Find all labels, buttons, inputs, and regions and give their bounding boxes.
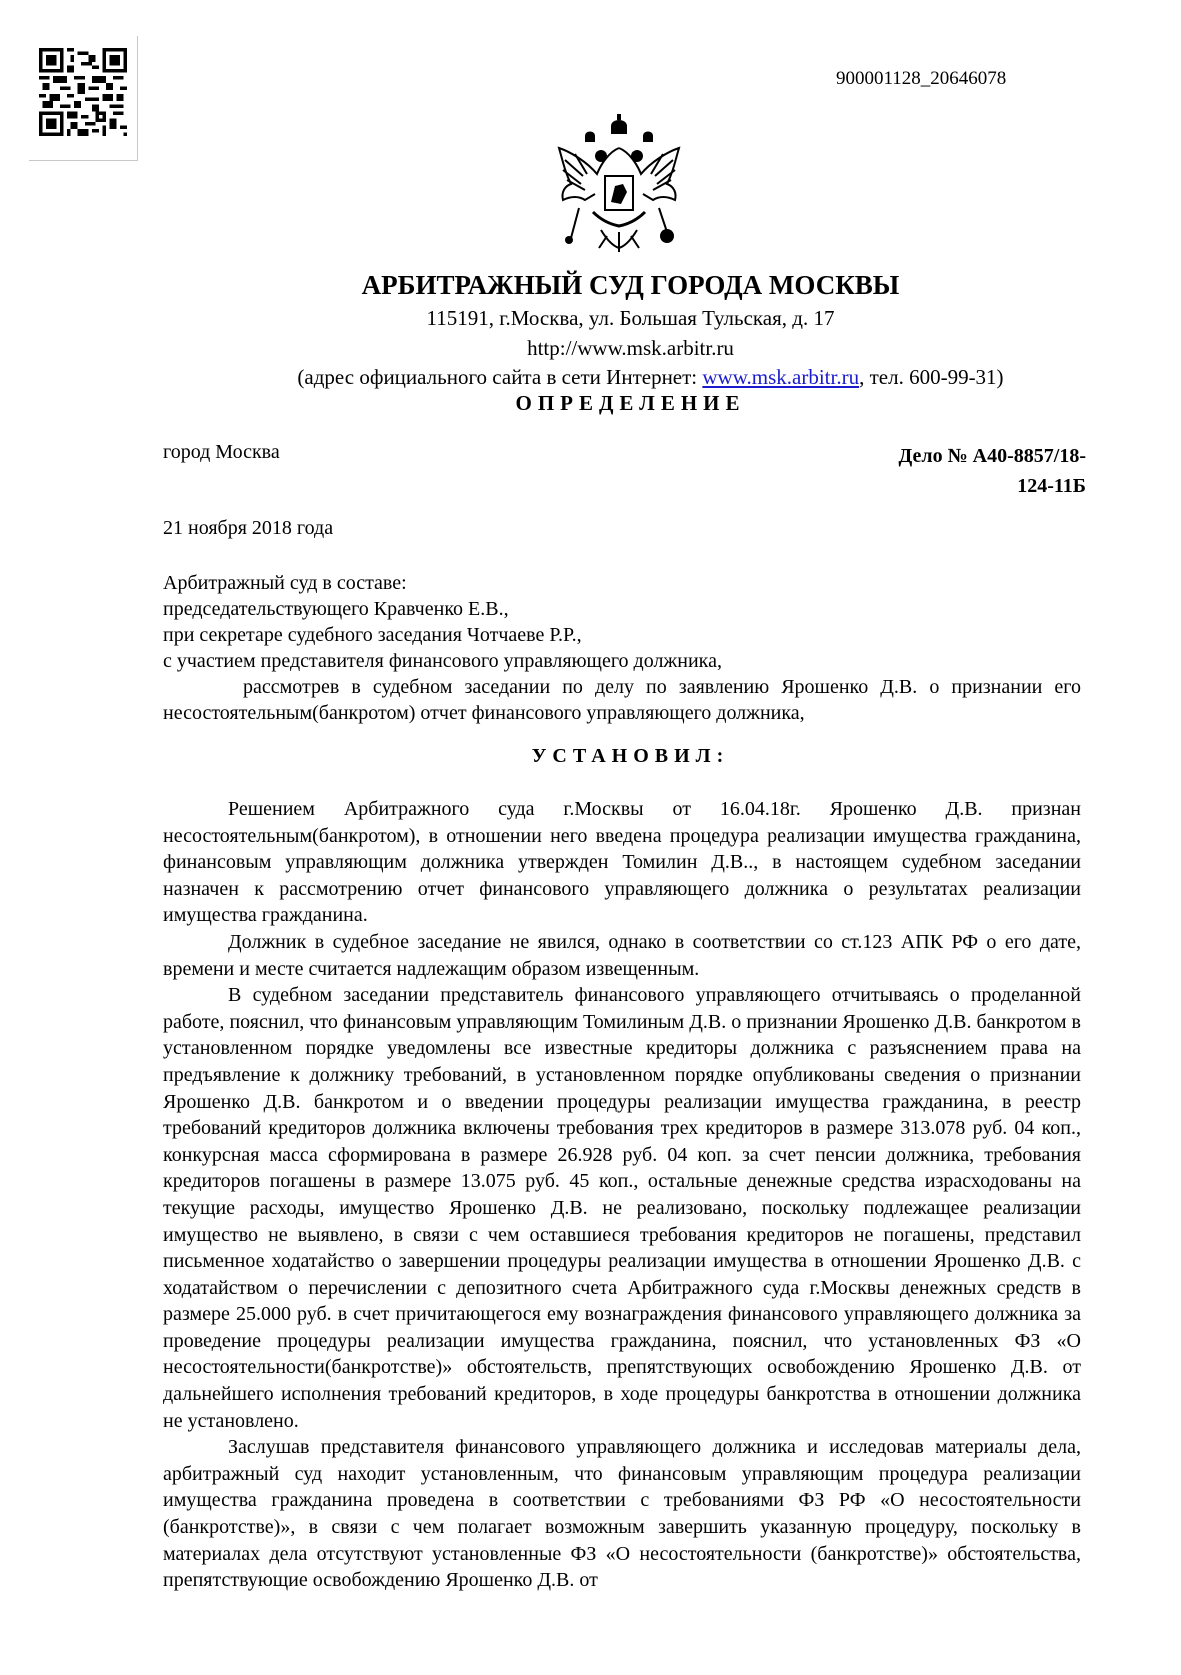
court-title: АРБИТРАЖНЫЙ СУД ГОРОДА МОСКВЫ [0, 270, 1181, 301]
site-note-phone: , тел. 600-99-31) [859, 365, 1003, 389]
court-composition: Арбитражный суд в составе: председательс… [163, 570, 1081, 726]
document-page: 900001128_20646078 АРБИТРАЖНЫЙ СУД ГОРОД… [0, 0, 1181, 1675]
composition-line: с участием представителя финансового упр… [163, 648, 1081, 674]
body-paragraph: Должник в судебное заседание не явился, … [163, 929, 1081, 982]
case-number: Дело № А40-8857/18- 124-11Б [898, 441, 1086, 501]
composition-line: при секретаре судебного заседания Чотчае… [163, 622, 1081, 648]
court-website: http://www.msk.arbitr.ru [0, 336, 1181, 361]
site-note-prefix: (адрес официального сайта в сети Интерне… [297, 365, 702, 389]
considered-paragraph: рассмотрев в судебном заседании по делу … [163, 674, 1081, 726]
case-number-line-1: Дело № А40-8857/18- [898, 441, 1086, 471]
case-number-line-2: 124-11Б [898, 471, 1086, 501]
official-site-link[interactable]: www.msk.arbitr.ru [702, 365, 859, 389]
qr-code-icon [39, 48, 127, 136]
document-type-heading: ОПРЕДЕЛЕНИЕ [0, 391, 1181, 416]
body-paragraph: Заслушав представителя финансового управ… [163, 1434, 1081, 1594]
coat-of-arms-icon [548, 112, 690, 257]
document-id: 900001128_20646078 [836, 68, 1006, 90]
body-paragraph: В судебном заседании представитель финан… [163, 982, 1081, 1434]
composition-line: Арбитражный суд в составе: [163, 570, 1081, 596]
qr-code-frame [29, 36, 138, 161]
established-heading: УСТАНОВИЛ: [0, 745, 1181, 768]
decision-date: 21 ноября 2018 года [163, 517, 333, 540]
city: город Москва [163, 441, 280, 464]
court-address: 115191, г.Москва, ул. Большая Тульская, … [0, 306, 1181, 331]
decision-body: Решением Арбитражного суда г.Москвы от 1… [163, 796, 1081, 1594]
body-paragraph: Решением Арбитражного суда г.Москвы от 1… [163, 796, 1081, 929]
composition-line: председательствующего Кравченко Е.В., [163, 596, 1081, 622]
official-site-note: (адрес официального сайта в сети Интерне… [0, 365, 1181, 390]
